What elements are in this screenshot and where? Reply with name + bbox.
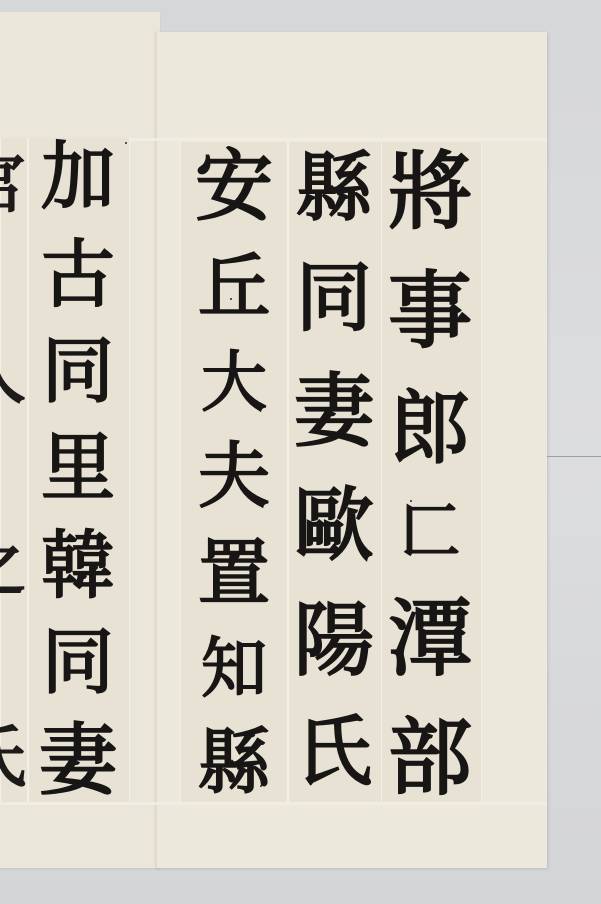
glyph: 妻 [39,722,117,800]
glyph: 部 [388,716,472,800]
glyph: 夫 [198,440,270,512]
glyph: 事 [388,269,472,353]
glyph-column-partial: 宮 人 之 氏 [0,150,28,790]
ink-speck [230,298,232,300]
glyph-column-1: 將 事 郎 匚 潭 部 [382,150,478,800]
background-edge-line [547,456,601,457]
album-fold [155,32,157,868]
glyph: 將 [388,150,472,234]
glyph-column-4: 加 古 同 里 韓 同 妻 [30,140,126,800]
glyph: 妻 [294,371,374,451]
glyph: 加 [41,140,115,214]
glyph: 同 [42,626,114,698]
glyph: 置 [198,537,270,609]
glyph: 縣 [296,150,372,226]
glyph: 陽 [294,600,374,680]
glyph: 大 [201,349,267,415]
glyph: 同 [42,335,114,407]
glyph: 安 [195,148,273,226]
glyph: 丘 [198,251,270,323]
glyph: 匚 [400,502,460,562]
ink-speck [410,500,412,502]
glyph: 郎 [390,388,470,468]
glyph: 人 [0,341,26,407]
glyph: 之 [0,533,26,599]
glyph: 宮 [0,150,26,216]
glyph-column-3: 安 丘 大 夫 置 知 縣 [182,148,286,798]
glyph: 古 [41,238,115,312]
glyph: 縣 [198,726,270,798]
glyph: 氏 [296,714,372,790]
ink-speck [125,142,127,144]
glyph: 知 [201,635,267,701]
glyph: 同 [296,260,372,336]
glyph: 韓 [41,529,115,603]
glyph: 歐 [294,485,374,565]
glyph: 氏 [0,724,26,790]
glyph: 里 [41,431,115,505]
ink-speck [260,785,262,787]
glyph: 潭 [388,597,472,681]
glyph-column-2: 縣 同 妻 歐 陽 氏 [288,150,380,790]
